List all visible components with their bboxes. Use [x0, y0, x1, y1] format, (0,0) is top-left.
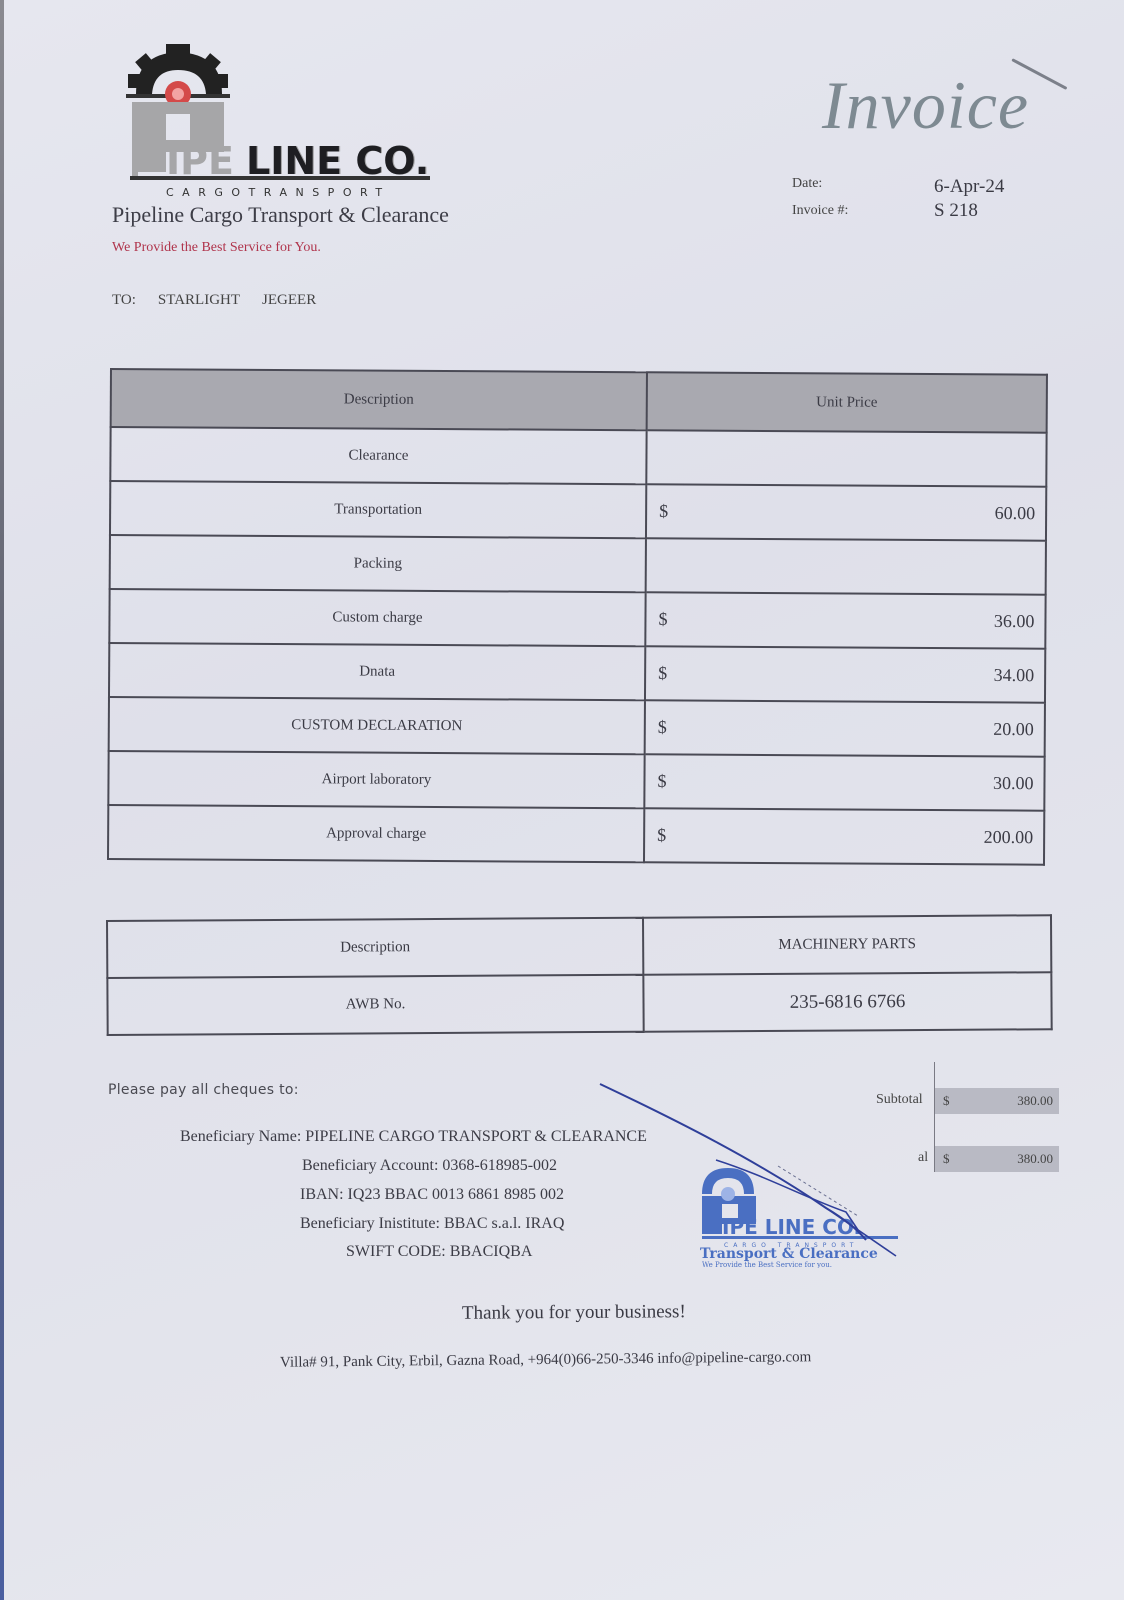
price-amount: 36.00: [994, 611, 1035, 632]
recipient-row: TO: STARLIGHT JEGEER: [112, 292, 338, 309]
price-amount: 200.00: [984, 827, 1034, 848]
currency-symbol: $: [658, 717, 667, 738]
company-logo: IPE LINE CO. LINE CO. CARGOTRANSPORT: [126, 44, 446, 212]
item-unit-price: $200.00: [644, 808, 1044, 864]
header-description: Description: [111, 369, 647, 430]
swift-code: SWIFT CODE: BBACIQBA: [346, 1243, 532, 1261]
thank-you-message: Thank you for your business!: [462, 1301, 686, 1325]
item-unit-price: $34.00: [645, 646, 1045, 702]
table-row: AWB No. 235-6816 6766: [107, 972, 1051, 1035]
total-value: 380.00: [1017, 1151, 1053, 1167]
table-row: Description MACHINERY PARTS: [107, 915, 1051, 978]
currency-symbol: $: [657, 825, 666, 846]
totals-grid: $ 380.00 $ 380.00: [934, 1062, 1059, 1172]
item-unit-price: [646, 430, 1046, 486]
total-band: $ 380.00: [935, 1146, 1059, 1172]
price-amount: 20.00: [993, 719, 1034, 740]
date-value: 6-Apr-24: [934, 176, 1004, 198]
table-row: Clearance: [110, 427, 1046, 487]
currency-symbol: $: [659, 501, 668, 522]
beneficiary-institute: Beneficiary Inistitute: BBAC s.a.l. IRAQ: [300, 1215, 564, 1233]
signature: [596, 1080, 936, 1260]
item-description: Custom charge: [109, 589, 645, 646]
item-unit-price: $36.00: [645, 592, 1045, 648]
page-edge-shadow: [0, 0, 4, 1600]
table-row: Airport laboratory$30.00: [108, 751, 1044, 811]
invoice-number-value: S 218: [934, 200, 978, 222]
currency-symbol: $: [657, 771, 666, 792]
currency-symbol: $: [658, 663, 667, 684]
total-currency: $: [943, 1151, 950, 1167]
date-label: Date:: [792, 176, 822, 192]
table-row: Approval charge$200.00: [108, 805, 1044, 865]
svg-text:LINE CO.: LINE CO.: [246, 139, 429, 183]
company-tagline: We Provide the Best Service for You.: [112, 240, 321, 256]
item-description: Clearance: [110, 427, 646, 484]
company-address-footer: Villa# 91, Pank City, Erbil, Gazna Road,…: [280, 1349, 811, 1372]
table-row: Packing: [110, 535, 1046, 595]
signature-stroke-icon: [596, 1080, 936, 1260]
beneficiary-account: Beneficiary Account: 0368-618985-002: [302, 1157, 557, 1175]
item-description: CUSTOM DECLARATION: [109, 697, 645, 754]
currency-symbol: $: [658, 609, 667, 630]
subtotal-band: $ 380.00: [935, 1088, 1059, 1114]
table-row: CUSTOM DECLARATION$20.00: [109, 697, 1045, 757]
price-amount: 34.00: [994, 665, 1035, 686]
table-row: Custom charge$36.00: [109, 589, 1045, 649]
header-unit-price: Unit Price: [647, 372, 1047, 432]
item-unit-price: $20.00: [645, 700, 1045, 756]
beneficiary-name: Beneficiary Name: PIPELINE CARGO TRANSPO…: [180, 1128, 647, 1146]
item-unit-price: [646, 538, 1046, 594]
item-description: Packing: [110, 535, 646, 592]
item-description: Approval charge: [108, 805, 644, 862]
payment-title: Please pay all cheques to:: [108, 1082, 299, 1098]
invoice-number-label: Invoice #:: [792, 203, 848, 219]
item-unit-price: $30.00: [644, 754, 1044, 810]
item-description: Airport laboratory: [108, 751, 644, 808]
awb-label: AWB No.: [107, 975, 643, 1035]
price-amount: 60.00: [995, 503, 1036, 524]
recipient-name-second: JEGEER: [262, 292, 316, 309]
shipment-description-value: MACHINERY PARTS: [643, 915, 1051, 974]
item-description: Dnata: [109, 643, 645, 700]
svg-text:CARGOTRANSPORT: CARGOTRANSPORT: [166, 186, 391, 199]
table-row: Dnata$34.00: [109, 643, 1045, 703]
price-amount: 30.00: [993, 773, 1034, 794]
items-table: Description Unit Price ClearanceTranspor…: [107, 368, 1048, 866]
item-description: Transportation: [110, 481, 646, 538]
shipment-description-label: Description: [107, 918, 643, 978]
table-row: Transportation$60.00: [110, 481, 1046, 541]
awb-value: 235-6816 6766: [643, 972, 1051, 1031]
shipment-table: Description MACHINERY PARTS AWB No. 235-…: [106, 914, 1053, 1036]
subtotal-currency: $: [943, 1093, 950, 1109]
gear-pipe-logo-icon: IPE LINE CO. LINE CO. CARGOTRANSPORT: [126, 44, 446, 212]
iban: IBAN: IQ23 BBAC 0013 6861 8985 002: [300, 1186, 564, 1204]
svg-text:We Provide the Best Service fo: We Provide the Best Service for you.: [702, 1261, 832, 1268]
recipient-name-first: STARLIGHT: [158, 292, 240, 309]
item-unit-price: $60.00: [646, 484, 1046, 540]
subtotal-value: 380.00: [1017, 1093, 1053, 1109]
company-name: Pipeline Cargo Transport & Clearance: [112, 202, 449, 228]
items-table-header: Description Unit Price: [111, 369, 1047, 433]
invoice-title: Invoice: [822, 66, 1029, 145]
recipient-label: TO:: [112, 292, 136, 309]
